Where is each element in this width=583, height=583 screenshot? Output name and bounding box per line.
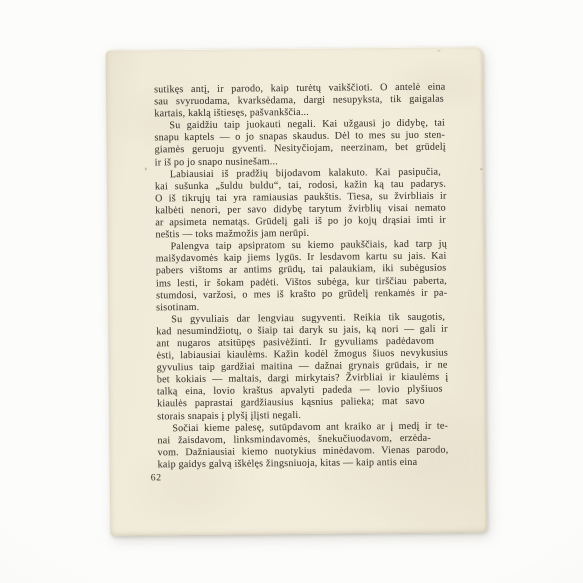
- paragraph: Palengva taip apsipratom su kiemo paukšč…: [156, 239, 448, 314]
- paragraph: Su gaidžiu taip juokauti negali. Kai užg…: [154, 118, 445, 169]
- paragraph: Sočiai kieme palesę, sutūpdavom ant krai…: [157, 420, 448, 471]
- text-line-text: ar apsimeta nematąs. Grūdelį gali iš po …: [155, 215, 446, 229]
- text-line-text: stumdosi, varžosi, o mes iš krašto po gr…: [156, 287, 447, 301]
- page-text: sutikęs antį, ir parodo, kaip turėtų vai…: [154, 82, 449, 472]
- paragraph: Labiausiai iš pradžių bijodavom kalakuto…: [155, 166, 447, 241]
- paper-speck: [480, 168, 483, 170]
- paper-speck: [437, 50, 441, 52]
- paper-speck: [145, 167, 147, 170]
- text-line-text: kaip gaidys galvą iškėlęs žingsniuoja, k…: [158, 457, 418, 470]
- photo-background: sutikęs antį, ir parodo, kaip turėtų vai…: [0, 0, 583, 583]
- text-line-text: storais snapais į plyšį įlįsti negali.: [157, 409, 301, 421]
- paragraph: Su gyvuliais dar lengviau sugyventi. Rei…: [156, 311, 448, 423]
- text-line-text: ir iš po jo snapo nusinešam...: [155, 156, 278, 168]
- text-line-text: kartais, kaklą ištiesęs, pašvankščia...: [154, 107, 309, 119]
- text-line-text: kiaulės paprastai gardžiausius kąsnius p…: [157, 396, 425, 410]
- paragraph: sutikęs antį, ir parodo, kaip turėtų vai…: [154, 82, 445, 121]
- book-page: sutikęs antį, ir parodo, kaip turėtų vai…: [106, 46, 488, 536]
- text-line: kaip gaidys galvą iškėlęs žingsniuoja, k…: [158, 456, 449, 471]
- page-number: 62: [151, 472, 162, 483]
- text-line-text: sisotinam.: [156, 302, 199, 313]
- text-line-text: sau svyruodama, kvarksėdama, dargi nesup…: [154, 94, 444, 108]
- text-line-text: giamės geruoju gyventi. Nesityčiojam, ne…: [155, 142, 446, 156]
- text-line-text: neštis — toks mažmožis jam nerūpi.: [155, 228, 309, 240]
